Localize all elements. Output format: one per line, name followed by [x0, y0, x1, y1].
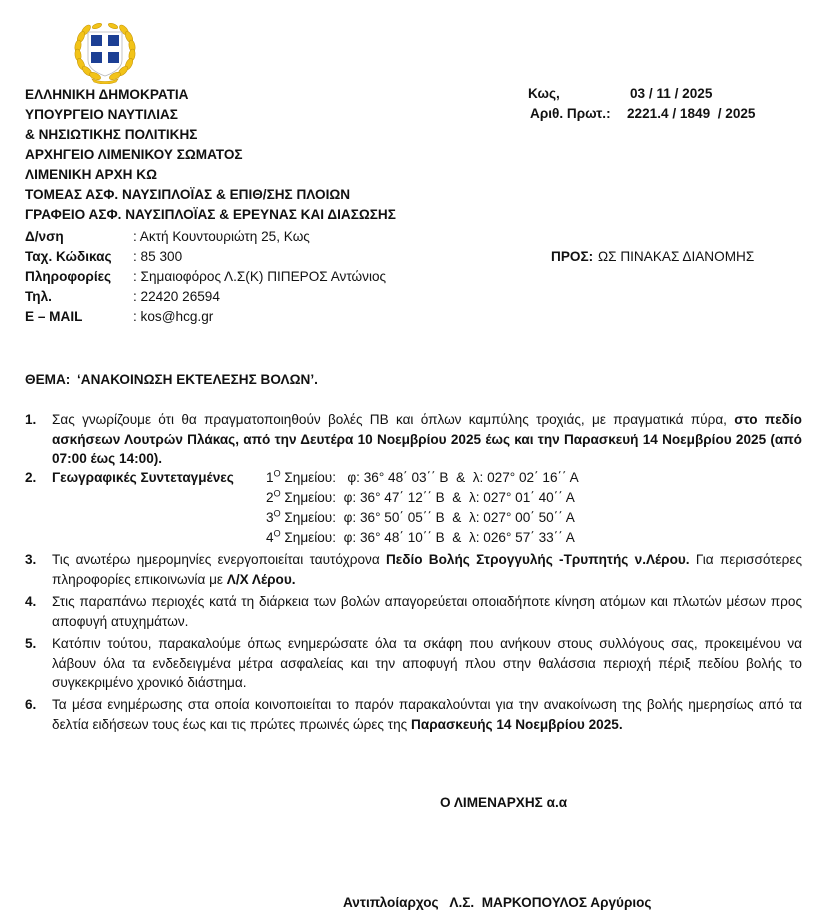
coordinate-2-text: Σημείου:: [284, 490, 336, 505]
subject-label: ΘΕΜΑ:: [25, 372, 70, 387]
subject-text: ‘ΑΝΑΚΟΙΝΩΣΗ ΕΚΤΕΛΕΣΗΣ ΒΟΛΩΝ’.: [77, 372, 318, 387]
coordinate-4-lat: φ: 36° 48΄ 10΄΄ Β: [344, 530, 445, 545]
coordinate-3-text: Σημείου:: [284, 510, 336, 525]
coordinate-row-4: 4Ο Σημείου: φ: 36° 48΄ 10΄΄ Β & λ: 026° …: [266, 528, 575, 548]
header-line-office: ΓΡΑΦΕΙΟ ΑΣΦ. ΝΑΥΣΙΠΛΟΪΑΣ & ΕΡΕΥΝΑΣ ΚΑΙ Δ…: [25, 206, 396, 224]
header-line-hq: ΑΡΧΗΓΕΙΟ ΛΙΜΕΝΙΚΟΥ ΣΩΜΑΤΟΣ: [25, 146, 243, 164]
contact-label-info: Πληροφορίες: [25, 269, 111, 284]
header-line-ministry-2: & ΝΗΣΙΩΤΙΚΗΣ ΠΟΛΙΤΙΚΗΣ: [25, 126, 197, 144]
item-5-part-1: Κατόπιν τούτου, παρακαλούμε όπως ενημερώ…: [52, 636, 802, 690]
coordinate-4-joiner: &: [452, 530, 461, 545]
item-3-part-2: Πεδίο Βολής Στρογγυλής -Τρυπητής ν.Λέρου…: [386, 552, 690, 567]
coordinate-4-text: Σημείου:: [284, 530, 336, 545]
item-5-number: 5.: [25, 634, 36, 654]
coordinate-1-sup: Ο: [274, 468, 281, 478]
coordinate-1-lat: φ: 36° 48΄ 03΄΄ Β: [347, 470, 448, 485]
coordinate-2-lat: φ: 36° 47΄ 12΄΄ Β: [344, 490, 445, 505]
coordinate-1-ordinal: 1: [266, 470, 274, 485]
contact-value-postcode: : 85 300: [133, 249, 182, 264]
contact-value-phone: : 22420 26594: [133, 289, 220, 304]
item-4-number: 4.: [25, 592, 36, 612]
coordinate-2-sup: Ο: [274, 488, 281, 498]
coordinate-2-joiner: &: [452, 490, 461, 505]
place-label: Κως,: [528, 86, 560, 101]
coordinate-4-ordinal: 4: [266, 530, 274, 545]
coordinates-label: Γεωγραφικές Συντεταγμένες: [52, 468, 234, 488]
contact-label-phone: Τηλ.: [25, 289, 52, 304]
contact-label-postcode: Ταχ. Κώδικας: [25, 249, 112, 264]
header-line-ministry: ΥΠΟΥΡΓΕΙΟ ΝΑΥΤΙΛΙΑΣ: [25, 106, 178, 124]
header-line-sector: ΤΟΜΕΑΣ ΑΣΦ. ΝΑΥΣΙΠΛΟΪΑΣ & ΕΠΙΘ/ΣΗΣ ΠΛΟΙΩ…: [25, 186, 350, 204]
header-line-republic: ΕΛΛΗΝΙΚΗ ΔΗΜΟΚΡΑΤΙΑ: [25, 86, 188, 104]
item-5-text: Κατόπιν τούτου, παρακαλούμε όπως ενημερώ…: [52, 634, 802, 693]
coordinate-1-lon: λ: 027° 02΄ 16΄΄ Α: [473, 470, 579, 485]
contact-label-address: Δ/νση: [25, 229, 64, 244]
coordinate-row-3: 3Ο Σημείου: φ: 36° 50΄ 05΄΄ Β & λ: 027° …: [266, 508, 575, 528]
coat-of-arms-icon: [72, 20, 138, 84]
item-6-text: Τα μέσα ενημέρωσης στα οποία κοινοποιείτ…: [52, 695, 802, 734]
item-4-part-1: Στις παραπάνω περιοχές κατά τη διάρκεια …: [52, 594, 802, 629]
item-3-text: Τις ανωτέρω ημερομηνίες ενεργοποιείται τ…: [52, 550, 802, 589]
item-3-part-1: Τις ανωτέρω ημερομηνίες ενεργοποιείται τ…: [52, 552, 386, 567]
item-1-number: 1.: [25, 410, 36, 430]
item-1-text: Σας γνωρίζουμε ότι θα πραγματοποιηθούν β…: [52, 410, 802, 469]
recipient-value: ΩΣ ΠΙΝΑΚΑΣ ΔΙΑΝΟΜΗΣ: [598, 249, 754, 264]
coordinate-3-lat: φ: 36° 50΄ 05΄΄ Β: [344, 510, 445, 525]
coordinate-1-text: Σημείου:: [284, 470, 336, 485]
coordinate-4-sup: Ο: [274, 528, 281, 538]
signature-name: Αντιπλοίαρχος Λ.Σ. ΜΑΡΚΟΠΟΥΛΟΣ Αργύριος: [343, 895, 652, 910]
item-3-part-4: Λ/Χ Λέρου.: [227, 572, 296, 587]
header-line-authority: ΛΙΜΕΝΙΚΗ ΑΡΧΗ ΚΩ: [25, 166, 157, 184]
protocol-number: 2221.4 / 1849 / 2025: [627, 106, 756, 121]
item-4-text: Στις παραπάνω περιοχές κατά τη διάρκεια …: [52, 592, 802, 631]
coordinate-3-joiner: &: [452, 510, 461, 525]
coordinate-2-lon: λ: 027° 01΄ 40΄΄ Α: [469, 490, 575, 505]
contact-label-email: E – MAIL: [25, 309, 82, 324]
signature-title: Ο ΛΙΜΕΝΑΡΧΗΣ α.α: [440, 795, 567, 810]
document-date: 03 / 11 / 2025: [630, 86, 712, 101]
item-6-part-2: Παρασκευής 14 Νοεμβρίου 2025.: [411, 717, 623, 732]
coordinate-row-1: 1Ο Σημείου: φ: 36° 48΄ 03΄΄ Β & λ: 027° …: [266, 468, 579, 488]
item-6-number: 6.: [25, 695, 36, 715]
item-3-number: 3.: [25, 550, 36, 570]
contact-value-info: : Σημαιοφόρος Λ.Σ(Κ) ΠΙΠΕΡΟΣ Αντώνιος: [133, 269, 386, 284]
coordinate-3-ordinal: 3: [266, 510, 274, 525]
contact-value-email[interactable]: : kos@hcg.gr: [133, 309, 213, 324]
item-2-number: 2.: [25, 468, 36, 488]
contact-value-address: : Ακτή Κουντουριώτη 25, Κως: [133, 229, 310, 244]
coordinate-1-joiner: &: [456, 470, 465, 485]
recipient-label: ΠΡΟΣ:: [551, 249, 593, 264]
item-1-part-1: Σας γνωρίζουμε ότι θα πραγματοποιηθούν β…: [52, 412, 734, 427]
coordinate-row-2: 2Ο Σημείου: φ: 36° 47΄ 12΄΄ Β & λ: 027° …: [266, 488, 575, 508]
coordinate-2-ordinal: 2: [266, 490, 274, 505]
protocol-label: Αριθ. Πρωτ.:: [530, 106, 611, 121]
coordinate-3-lon: λ: 027° 00΄ 50΄΄ Α: [469, 510, 575, 525]
coordinate-4-lon: λ: 026° 57΄ 33΄΄ Α: [469, 530, 575, 545]
coordinate-3-sup: Ο: [274, 508, 281, 518]
